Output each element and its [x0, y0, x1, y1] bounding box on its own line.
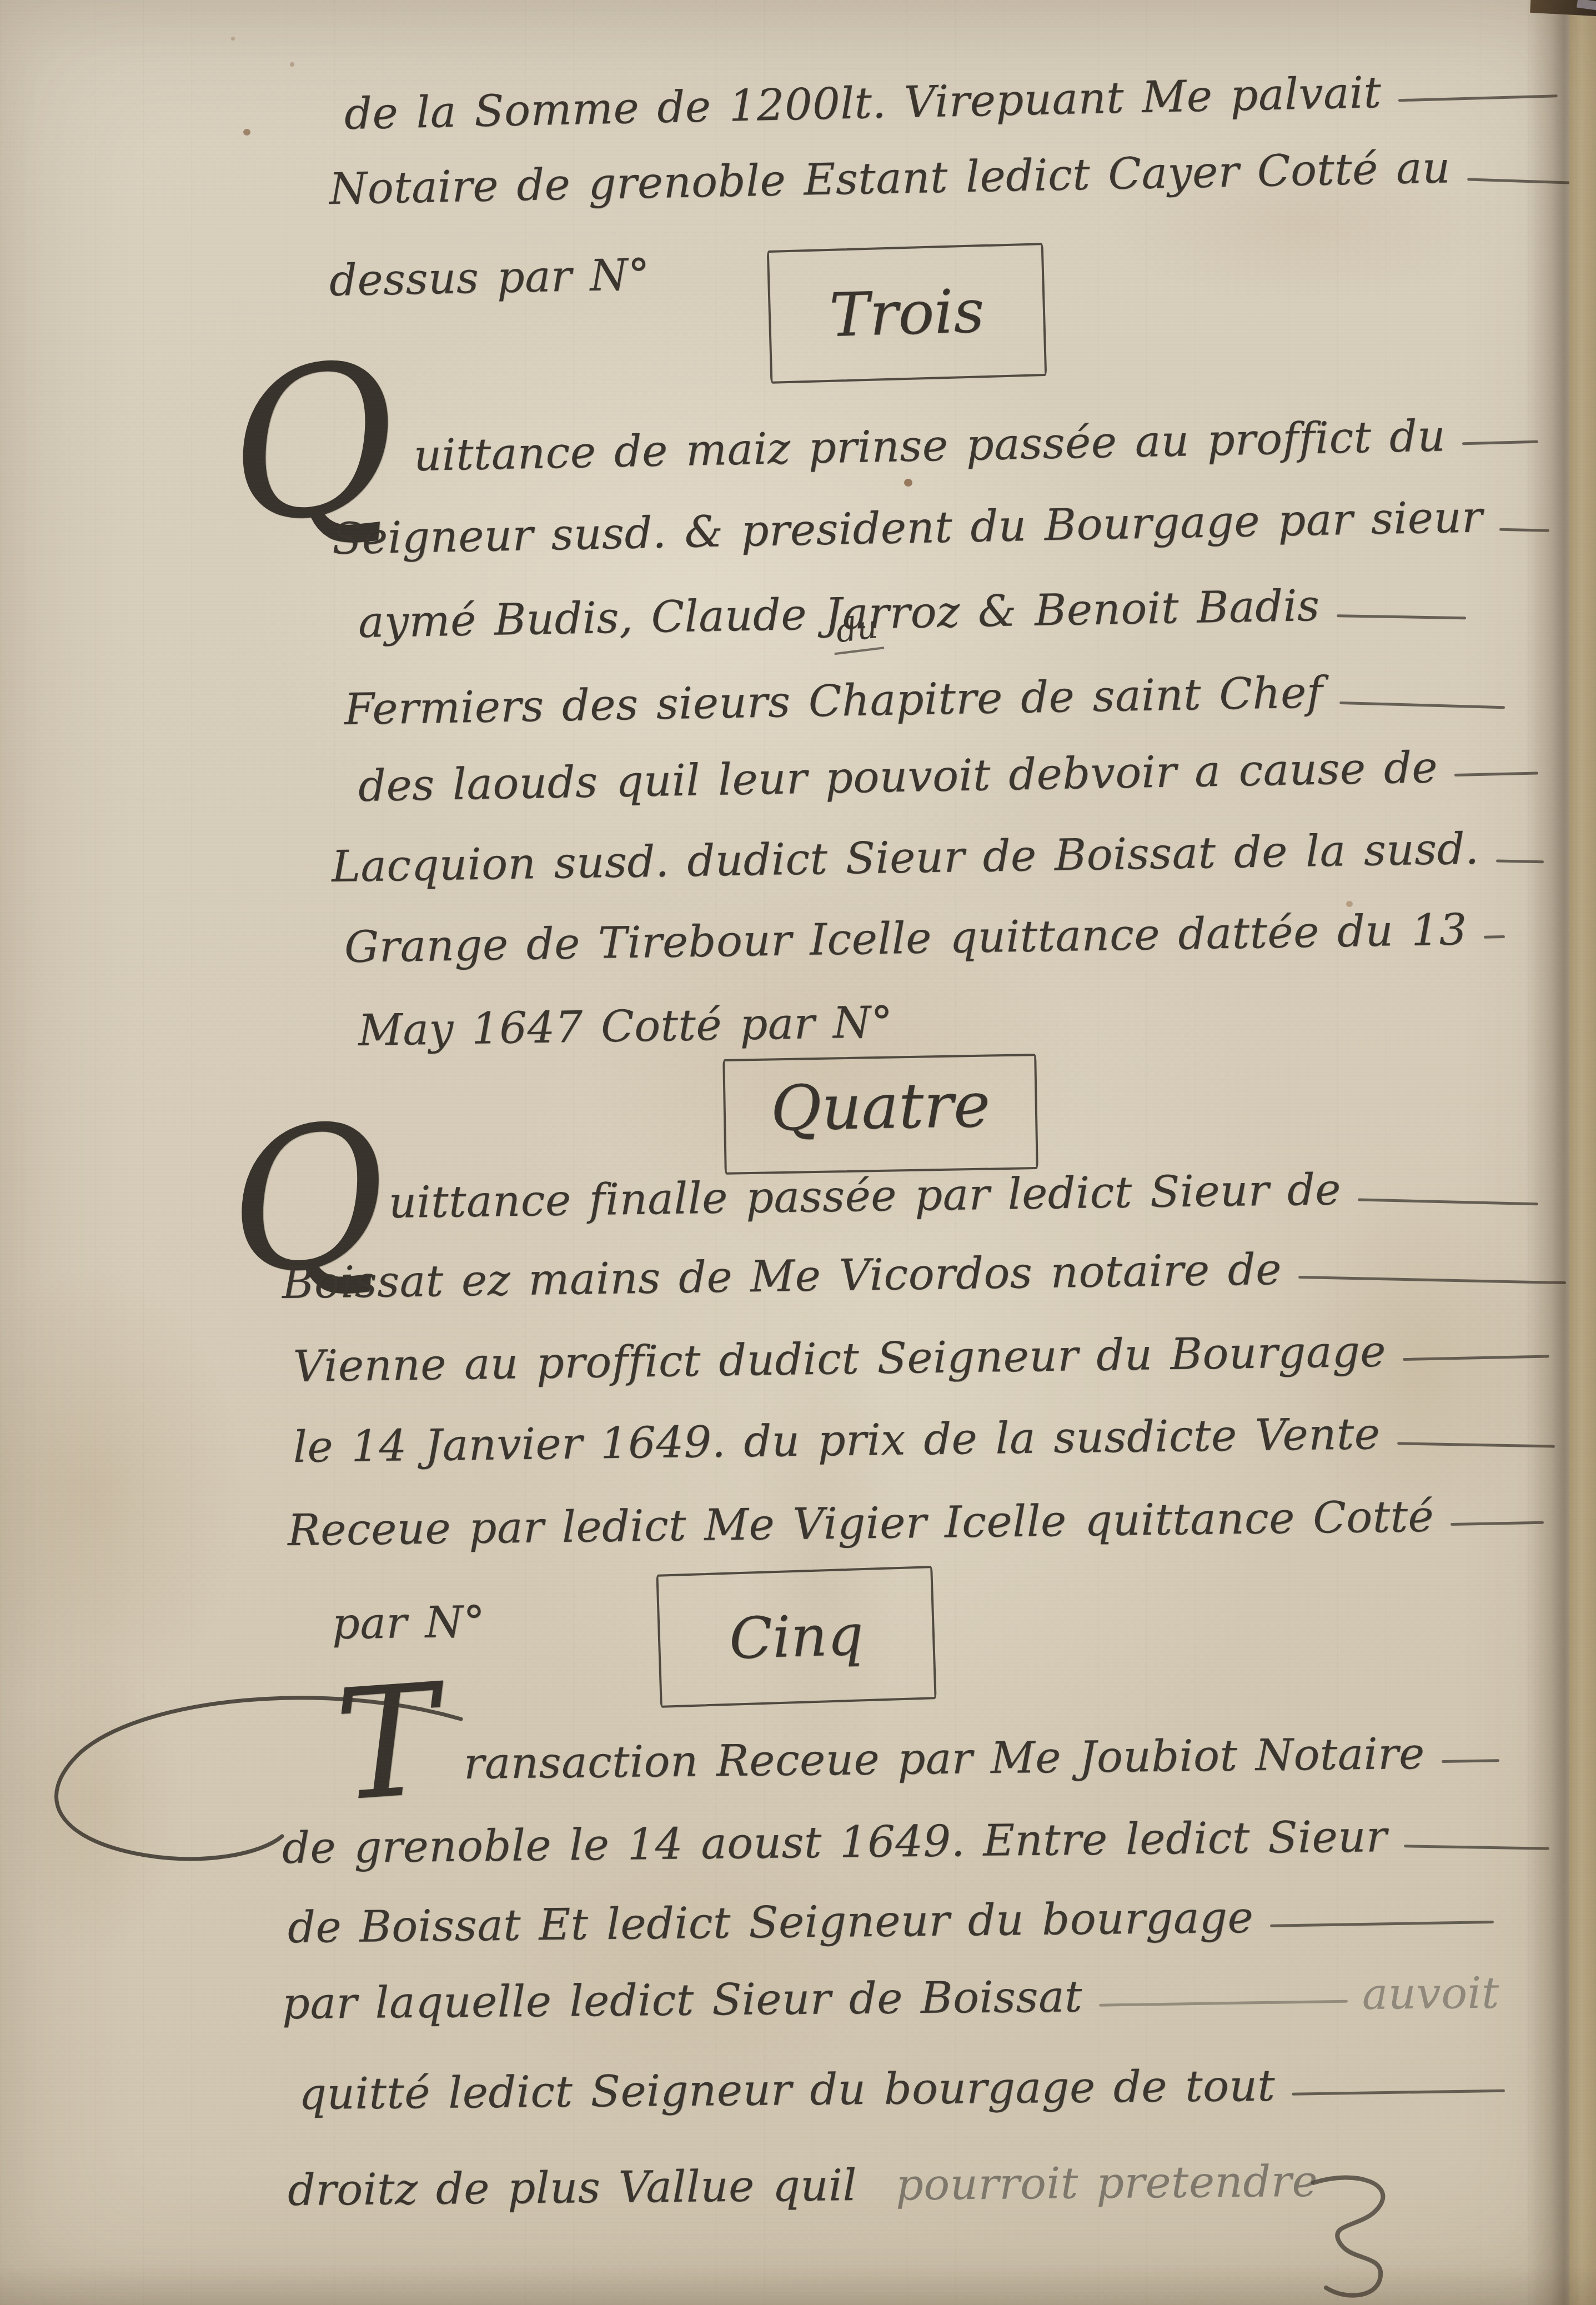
entry-quatre-line-6: par N° — [332, 1591, 485, 1655]
entry-trois-line-7-text: Grange de Tirebour Icelle quittance datt… — [344, 899, 1467, 979]
entry-transaction-line-5-text: quitté ledict Seigneur du bourgage de to… — [299, 2055, 1276, 2126]
line-filler-dash — [1298, 1276, 1566, 1284]
line-filler-dash — [1403, 1355, 1549, 1361]
manuscript-page-photo: de la Somme de 1200lt. Virepuant Me palv… — [0, 0, 1596, 2305]
intro-line-3-text: dessus par N° — [329, 244, 651, 312]
line-filler-dash — [1340, 701, 1505, 708]
inserted-word-du: du — [830, 607, 885, 655]
entry-transaction-line-3-text: de Boissat Et ledict Seigneur du bourgag… — [287, 1887, 1253, 1959]
entry-quatre-line-5: Receue par ledict Me Vigier Icelle quitt… — [287, 1484, 1544, 1562]
entry-quatre-line-2-text: Boissat ez mains de Me Vicordos notaire … — [282, 1239, 1282, 1315]
entry-quatre-line-1-text: uittance finalle passée par ledict Sieur… — [388, 1159, 1341, 1234]
entry-transaction-line-6: droitz de plus Vallue quil pourroit pret… — [288, 2151, 1318, 2222]
paper-stain — [0, 1266, 244, 1722]
intro-line-2-text: Notaire de grenoble Estant ledict Cayer … — [329, 137, 1451, 221]
line-filler-dash — [1467, 178, 1579, 184]
entry-quatre-line-1: uittance finalle passée par ledict Sieur… — [388, 1156, 1538, 1234]
line-filler-dash — [1397, 1442, 1555, 1447]
ink-speck — [231, 37, 235, 41]
ink-speck — [290, 62, 294, 67]
entry-transaction-line-2-text: de grenoble le 14 aoust 1649. Entre ledi… — [282, 1806, 1387, 1880]
section-number-box-trois: Trois — [767, 243, 1047, 384]
entry-transaction-line-6-light-text: pourroit pretendre — [895, 2151, 1318, 2217]
line-filler-dash — [1404, 1845, 1549, 1850]
entry-transaction-line-1: ransaction Receue par Me Joubiot Notaire — [463, 1722, 1499, 1795]
background-corner-shadow — [1530, 0, 1596, 16]
line-filler-dash — [1398, 94, 1557, 102]
entry-quatre-line-4-text: le 14 Janvier 1649. du prix de la susdic… — [293, 1403, 1381, 1479]
background-corner-sliver — [1577, 0, 1596, 10]
intro-line-3: dessus par N° — [329, 244, 651, 312]
entry-quatre-line-2: Boissat ez mains de Me Vicordos notaire … — [282, 1235, 1566, 1315]
entry-trois-line-6: Lacquion susd. dudict Sieur de Boissat d… — [331, 817, 1544, 898]
entry-quatre-line-5-text: Receue par ledict Me Vigier Icelle quitt… — [287, 1486, 1434, 1562]
box-label-trois: Trois — [829, 277, 985, 350]
bottom-edge-shadow — [0, 2266, 1596, 2305]
entry-quatre-line-6-text: par N° — [332, 1591, 485, 1655]
line-filler-dash — [1462, 440, 1538, 445]
entry-quatre-line-4: le 14 Janvier 1649. du prix de la susdic… — [293, 1401, 1555, 1479]
line-filler-dash — [1270, 1920, 1494, 1927]
entry-trois-line-6-text: Lacquion susd. dudict Sieur de Boissat d… — [331, 818, 1479, 898]
line-filler-dash — [1496, 859, 1544, 863]
line-filler-dash — [1499, 528, 1549, 532]
line-filler-dash — [1292, 2089, 1505, 2095]
entry-transaction-line-5: quitté ledict Seigneur du bourgage de to… — [299, 2053, 1505, 2126]
ink-speck — [243, 129, 250, 136]
line-filler-dash — [1358, 1198, 1538, 1205]
intro-line-1: de la Somme de 1200lt. Virepuant Me palv… — [344, 58, 1558, 146]
entry-trois-line-5: des laouds quil leur pouvoit debvoir a c… — [358, 735, 1539, 818]
entry-transaction-line-4-light-text: auvoit — [1362, 1962, 1499, 2026]
box-label-quatre: Quatre — [770, 1069, 991, 1145]
book-fore-edge — [1569, 0, 1596, 2305]
line-filler-dash — [1442, 1759, 1499, 1763]
intro-line-1-text: de la Somme de 1200lt. Virepuant Me palv… — [344, 62, 1382, 146]
entry-trois-line-4-text: Fermiers des sieurs Chapitre de saint Ch… — [344, 662, 1323, 741]
entry-quatre-line-3: Vienne au proffict dudict Seigneur du Bo… — [293, 1318, 1549, 1398]
entry-quatre-line-3-text: Vienne au proffict dudict Seigneur du Bo… — [293, 1321, 1386, 1398]
line-filler-dash — [1454, 771, 1538, 776]
section-number-box-quatre: Quatre — [722, 1054, 1038, 1175]
entry-trois-line-8: May 1647 Cotté par N° — [358, 991, 894, 1062]
line-filler-dash — [1451, 1521, 1544, 1525]
entry-transaction-line-3: de Boissat Et ledict Seigneur du bourgag… — [287, 1884, 1494, 1959]
entry-trois-line-5-text: des laouds quil leur pouvoit debvoir a c… — [358, 736, 1438, 818]
entry-transaction-line-6-text: droitz de plus Vallue quil — [288, 2154, 857, 2222]
entry-trois-line-8-text: May 1647 Cotté par N° — [358, 991, 894, 1062]
entry-trois-line-1-text: uittance de maiz prinse passée au proffi… — [413, 405, 1446, 487]
entry-trois-line-7: Grange de Tirebour Icelle quittance datt… — [344, 898, 1505, 979]
line-filler-dash — [1484, 935, 1505, 939]
entry-transaction-initial: T — [332, 1678, 442, 1807]
page-fold-crease — [1526, 0, 1573, 2305]
paper-stain — [0, 1655, 183, 1955]
line-filler-dash — [1099, 2000, 1348, 2006]
ink-speck — [904, 479, 912, 487]
entry-trois-line-3: aymé Budis, Claude Jarroz & Benoit Badis — [358, 572, 1467, 654]
entry-transaction-line-1-text: ransaction Receue par Me Joubiot Notaire — [463, 1723, 1425, 1795]
entry-trois-line-2-text: Seigneur susd. & president du Bourgage p… — [332, 486, 1483, 570]
section-number-box-cinq: Cinq — [656, 1566, 936, 1708]
intro-line-2: Notaire de grenoble Estant ledict Cayer … — [329, 134, 1579, 221]
entry-transaction-line-4: par laquelle ledict Sieur de Boissat auv… — [282, 1962, 1500, 2035]
entry-transaction-line-4-text: par laquelle ledict Sieur de Boissat — [282, 1966, 1083, 2035]
line-filler-dash — [1337, 614, 1466, 619]
box-label-cinq: Cinq — [728, 1602, 864, 1672]
entry-trois-line-1: uittance de maiz prinse passée au proffi… — [413, 403, 1539, 487]
entry-trois-line-2: Seigneur susd. & president du Bourgage p… — [332, 485, 1550, 570]
entry-trois-line-4: Fermiers des sieurs Chapitre de saint Ch… — [344, 659, 1505, 741]
entry-transaction-line-2: de grenoble le 14 aoust 1649. Entre ledi… — [282, 1804, 1549, 1880]
entry-trois-initial: Q — [221, 353, 405, 533]
